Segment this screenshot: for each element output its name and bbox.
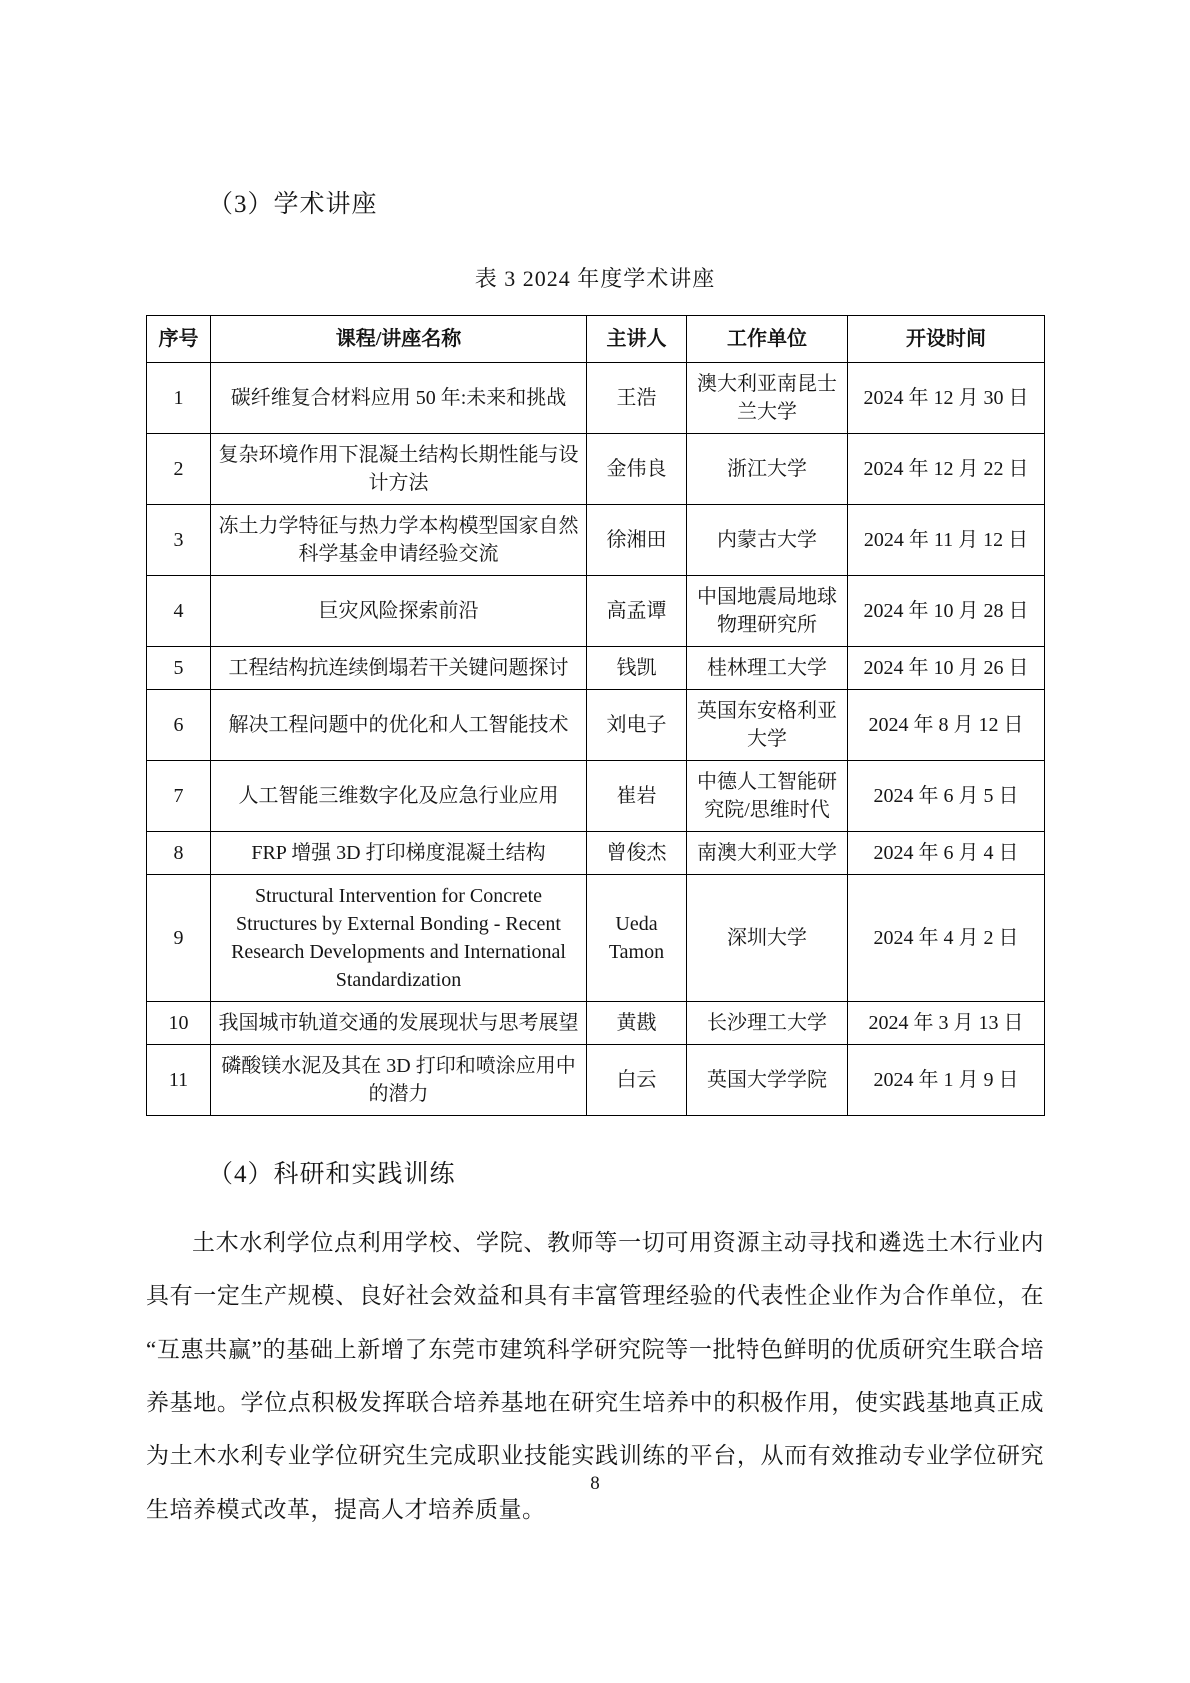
cell-date: 2024 年 3 月 13 日	[848, 1002, 1045, 1045]
cell-speaker: 钱凯	[587, 647, 687, 690]
cell-org: 中国地震局地球物理研究所	[687, 576, 848, 647]
cell-title: Structural Intervention for Concrete Str…	[211, 875, 587, 1002]
col-header-title: 课程/讲座名称	[211, 316, 587, 363]
cell-speaker: 黄戡	[587, 1002, 687, 1045]
cell-date: 2024 年 10 月 28 日	[848, 576, 1045, 647]
cell-title: 我国城市轨道交通的发展现状与思考展望	[211, 1002, 587, 1045]
cell-index: 6	[147, 690, 211, 761]
cell-org: 内蒙古大学	[687, 505, 848, 576]
cell-title: 复杂环境作用下混凝土结构长期性能与设计方法	[211, 434, 587, 505]
cell-index: 2	[147, 434, 211, 505]
cell-speaker: Ueda Tamon	[587, 875, 687, 1002]
cell-title: 巨灾风险探索前沿	[211, 576, 587, 647]
cell-speaker: 王浩	[587, 363, 687, 434]
table-row: 5 工程结构抗连续倒塌若干关键问题探讨 钱凯 桂林理工大学 2024 年 10 …	[147, 647, 1045, 690]
cell-title: FRP 增强 3D 打印梯度混凝土结构	[211, 832, 587, 875]
table-row: 9 Structural Intervention for Concrete S…	[147, 875, 1045, 1002]
table-caption: 表 3 2024 年度学术讲座	[146, 262, 1044, 293]
cell-org: 浙江大学	[687, 434, 848, 505]
table-header-row: 序号 课程/讲座名称 主讲人 工作单位 开设时间	[147, 316, 1045, 363]
cell-index: 5	[147, 647, 211, 690]
cell-org: 桂林理工大学	[687, 647, 848, 690]
cell-speaker: 徐湘田	[587, 505, 687, 576]
cell-index: 8	[147, 832, 211, 875]
col-header-speaker: 主讲人	[587, 316, 687, 363]
cell-org: 英国大学学院	[687, 1045, 848, 1116]
table-row: 2 复杂环境作用下混凝土结构长期性能与设计方法 金伟良 浙江大学 2024 年 …	[147, 434, 1045, 505]
cell-index: 7	[147, 761, 211, 832]
col-header-org: 工作单位	[687, 316, 848, 363]
cell-index: 9	[147, 875, 211, 1002]
cell-index: 1	[147, 363, 211, 434]
cell-date: 2024 年 1 月 9 日	[848, 1045, 1045, 1116]
document-page: （3）学术讲座 表 3 2024 年度学术讲座 序号 课程/讲座名称 主讲人 工…	[146, 0, 1044, 1536]
cell-org: 中德人工智能研究院/思维时代	[687, 761, 848, 832]
cell-org: 长沙理工大学	[687, 1002, 848, 1045]
table-body: 1 碳纤维复合材料应用 50 年:未来和挑战 王浩 澳大利亚南昆士兰大学 202…	[147, 363, 1045, 1116]
table-row: 4 巨灾风险探索前沿 高孟谭 中国地震局地球物理研究所 2024 年 10 月 …	[147, 576, 1045, 647]
cell-date: 2024 年 12 月 22 日	[848, 434, 1045, 505]
cell-date: 2024 年 8 月 12 日	[848, 690, 1045, 761]
cell-title: 人工智能三维数字化及应急行业应用	[211, 761, 587, 832]
col-header-index: 序号	[147, 316, 211, 363]
lectures-table: 序号 课程/讲座名称 主讲人 工作单位 开设时间 1 碳纤维复合材料应用 50 …	[146, 315, 1045, 1116]
cell-index: 3	[147, 505, 211, 576]
cell-org: 澳大利亚南昆士兰大学	[687, 363, 848, 434]
table-row: 8 FRP 增强 3D 打印梯度混凝土结构 曾俊杰 南澳大利亚大学 2024 年…	[147, 832, 1045, 875]
cell-date: 2024 年 6 月 5 日	[848, 761, 1045, 832]
section-4-heading: （4）科研和实践训练	[146, 1160, 1044, 1190]
cell-speaker: 白云	[587, 1045, 687, 1116]
cell-title: 工程结构抗连续倒塌若干关键问题探讨	[211, 647, 587, 690]
cell-speaker: 金伟良	[587, 434, 687, 505]
cell-speaker: 曾俊杰	[587, 832, 687, 875]
cell-date: 2024 年 4 月 2 日	[848, 875, 1045, 1002]
table-row: 7 人工智能三维数字化及应急行业应用 崔岩 中德人工智能研究院/思维时代 202…	[147, 761, 1045, 832]
cell-speaker: 崔岩	[587, 761, 687, 832]
cell-date: 2024 年 12 月 30 日	[848, 363, 1045, 434]
cell-date: 2024 年 6 月 4 日	[848, 832, 1045, 875]
cell-org: 南澳大利亚大学	[687, 832, 848, 875]
cell-index: 10	[147, 1002, 211, 1045]
table-header: 序号 课程/讲座名称 主讲人 工作单位 开设时间	[147, 316, 1045, 363]
table-row: 11 磷酸镁水泥及其在 3D 打印和喷涂应用中的潜力 白云 英国大学学院 202…	[147, 1045, 1045, 1116]
cell-date: 2024 年 11 月 12 日	[848, 505, 1045, 576]
cell-title: 磷酸镁水泥及其在 3D 打印和喷涂应用中的潜力	[211, 1045, 587, 1116]
page-number: 8	[0, 1473, 1190, 1495]
table-row: 6 解决工程问题中的优化和人工智能技术 刘电子 英国东安格利亚大学 2024 年…	[147, 690, 1045, 761]
cell-index: 4	[147, 576, 211, 647]
table-row: 10 我国城市轨道交通的发展现状与思考展望 黄戡 长沙理工大学 2024 年 3…	[147, 1002, 1045, 1045]
cell-title: 碳纤维复合材料应用 50 年:未来和挑战	[211, 363, 587, 434]
cell-index: 11	[147, 1045, 211, 1116]
cell-speaker: 高孟谭	[587, 576, 687, 647]
col-header-date: 开设时间	[848, 316, 1045, 363]
cell-title: 解决工程问题中的优化和人工智能技术	[211, 690, 587, 761]
cell-date: 2024 年 10 月 26 日	[848, 647, 1045, 690]
cell-speaker: 刘电子	[587, 690, 687, 761]
section-3-heading: （3）学术讲座	[146, 190, 1044, 220]
table-row: 3 冻土力学特征与热力学本构模型国家自然科学基金申请经验交流 徐湘田 内蒙古大学…	[147, 505, 1045, 576]
cell-org: 深圳大学	[687, 875, 848, 1002]
cell-title: 冻土力学特征与热力学本构模型国家自然科学基金申请经验交流	[211, 505, 587, 576]
table-row: 1 碳纤维复合材料应用 50 年:未来和挑战 王浩 澳大利亚南昆士兰大学 202…	[147, 363, 1045, 434]
cell-org: 英国东安格利亚大学	[687, 690, 848, 761]
